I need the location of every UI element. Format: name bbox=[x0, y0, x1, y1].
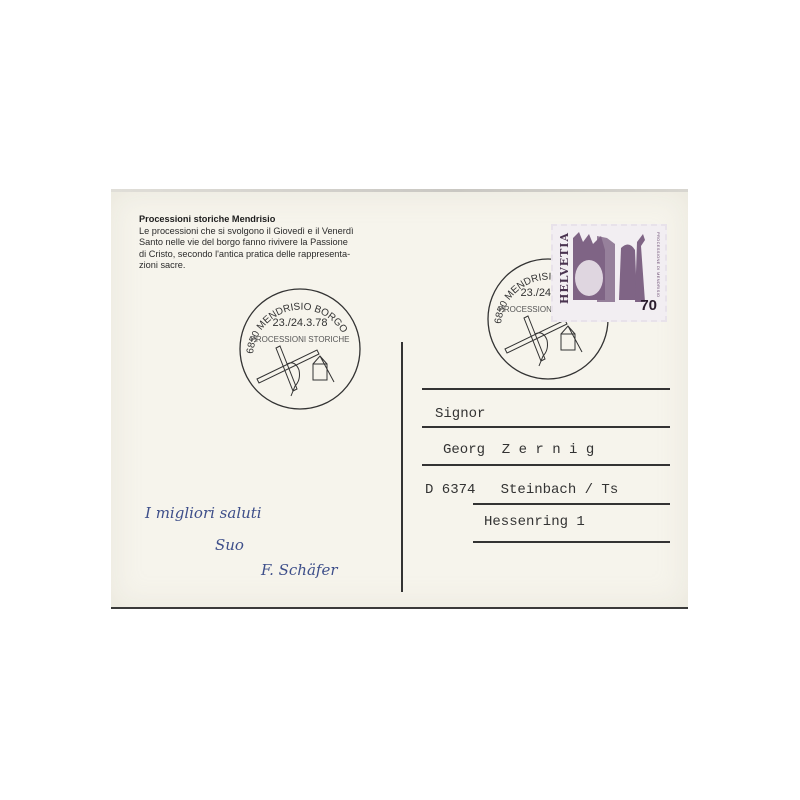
center-divider bbox=[401, 342, 403, 592]
postmark-subtitle: PROCESSIONI STORICHE bbox=[251, 335, 350, 344]
caption: Processioni storiche Mendrisio Le proces… bbox=[139, 214, 409, 272]
address-rule bbox=[422, 388, 670, 390]
handwritten-greeting: I migliori saluti bbox=[145, 504, 262, 522]
cross-bearer-illustration bbox=[257, 346, 334, 396]
handwritten-signature: F. Schäfer bbox=[261, 561, 338, 579]
cross-bearer-illustration bbox=[505, 316, 582, 366]
address-street: Hessenring 1 bbox=[484, 514, 585, 530]
address-rule bbox=[473, 541, 670, 543]
caption-line: zioni sacre. bbox=[139, 260, 409, 272]
postcard: Processioni storiche Mendrisio Le proces… bbox=[111, 192, 688, 609]
address-city: D 6374 Steinbach / Ts bbox=[425, 482, 618, 498]
address-salutation: Signor bbox=[435, 406, 485, 422]
caption-line: Le processioni che si svolgono il Gioved… bbox=[139, 226, 409, 238]
caption-title: Processioni storiche Mendrisio bbox=[139, 214, 409, 226]
stamp-side-text: PROCESSIONE DI MENDRISIO bbox=[656, 232, 661, 297]
address-rule bbox=[473, 503, 670, 505]
address-rule bbox=[422, 464, 670, 466]
caption-line: Santo nelle vie del borgo fanno rivivere… bbox=[139, 237, 409, 249]
stamp-country: HELVETIA bbox=[558, 232, 572, 304]
postage-stamp: HELVETIA PROCESSIONE DI MENDRISIO 70 bbox=[551, 224, 667, 322]
caption-line: di Cristo, secondo l'antica pratica dell… bbox=[139, 249, 409, 261]
postmark-left: 6850 MENDRISIO BORGO 23./24.3.78 PROCESS… bbox=[235, 284, 365, 414]
address-rule bbox=[422, 426, 670, 428]
postmark-date: 23./24.3.78 bbox=[272, 317, 327, 329]
address-name: Georg Z e r n i g bbox=[443, 442, 594, 458]
handwritten-closing: Suo bbox=[215, 536, 244, 554]
stamp-value: 70 bbox=[640, 297, 657, 314]
